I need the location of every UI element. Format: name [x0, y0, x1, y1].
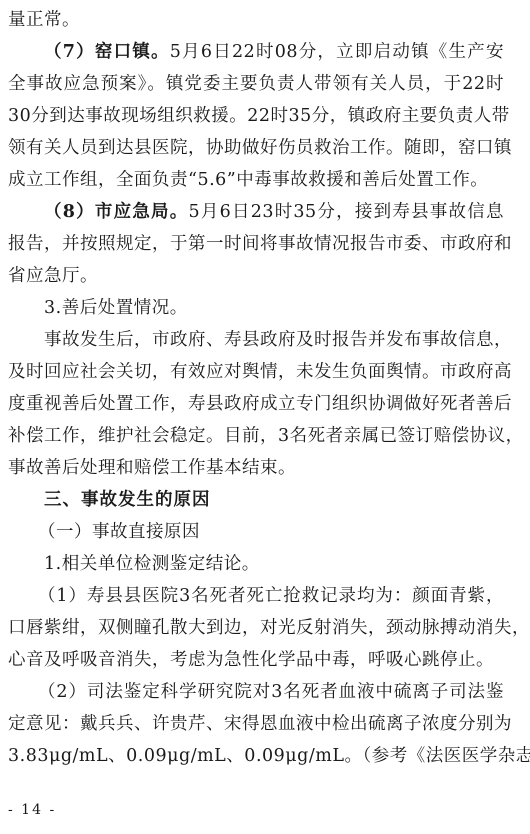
paragraph-line: 成立工作组，全面负责“5.6”中毒事故救援和善后处置工作。	[8, 165, 504, 195]
paragraph-line: 30分到达事故现场组织救援。22时35分，镇政府主要负责人带	[8, 101, 504, 131]
paragraph-line: 领有关人员到达县医院，协助做好伤员救治工作。随即，窑口镇	[8, 133, 504, 163]
paragraph-line: 度重视善后处置工作，寿县政府成立专门组织协调做好死者善后	[8, 389, 504, 419]
paragraph-line: 报告，并按照规定，于第一时间将事故情况报告市委、市政府和	[8, 229, 504, 259]
subsection-heading: （一）事故直接原因	[38, 517, 530, 547]
page-number: - 14 -	[8, 802, 56, 818]
paragraph-line: 事故发生后，市政府、寿县政府及时报告并发布事故信息，	[44, 325, 504, 355]
paragraph-line: 补偿工作，维护社会稳定。目前，3名死者亲属已签订赔偿协议，	[8, 421, 504, 451]
paragraph-line: （8）市应急局。5月6日23时35分，接到寿县事故信息	[44, 197, 504, 227]
paragraph-line: 全事故应急预案》。镇党委主要负责人带领有关人员，于22时	[8, 69, 504, 99]
paragraph-line: 省应急厅。	[8, 261, 504, 291]
section-heading: 三、事故发生的原因	[44, 485, 504, 515]
paragraph-line: 3.83μg/mL、0.09μg/mL、0.09μg/mL。（参考《法医医学杂志…	[8, 741, 504, 771]
section-label: （7）窑口镇。	[44, 42, 170, 62]
paragraph-line: （7）窑口镇。5月6日22时08分，立即启动镇《生产安	[44, 37, 504, 67]
paragraph-line: 及时回应社会关切，有效应对舆情，未发生负面舆情。市政府高	[8, 357, 504, 387]
paragraph-line: 定意见：戴兵兵、许贵芹、宋得恩血液中检出硫离子浓度分别为	[8, 709, 504, 739]
paragraph-line: （1）寿县县医院3名死者死亡抢救记录均为：颜面青紫，	[38, 581, 504, 611]
document-page: 量正常。 （7）窑口镇。5月6日22时08分，立即启动镇《生产安 全事故应急预案…	[0, 0, 530, 834]
paragraph-line: 量正常。	[8, 5, 504, 35]
paragraph-line: 事故善后处理和赔偿工作基本结束。	[8, 453, 504, 483]
subheading: 1.相关单位检测鉴定结论。	[44, 549, 504, 579]
subheading: 3.善后处置情况。	[44, 293, 504, 323]
paragraph-line: 口唇紫绀，双侧瞳孔散大到边，对光反射消失，颈动脉搏动消失，	[8, 613, 504, 643]
section-label: （8）市应急局。	[44, 202, 189, 222]
paragraph-line: 心音及呼吸音消失，考虑为急性化学品中毒，呼吸心跳停止。	[8, 645, 504, 675]
paragraph-line: （2）司法鉴定科学研究院对3名死者血液中硫离子司法鉴	[38, 677, 504, 707]
